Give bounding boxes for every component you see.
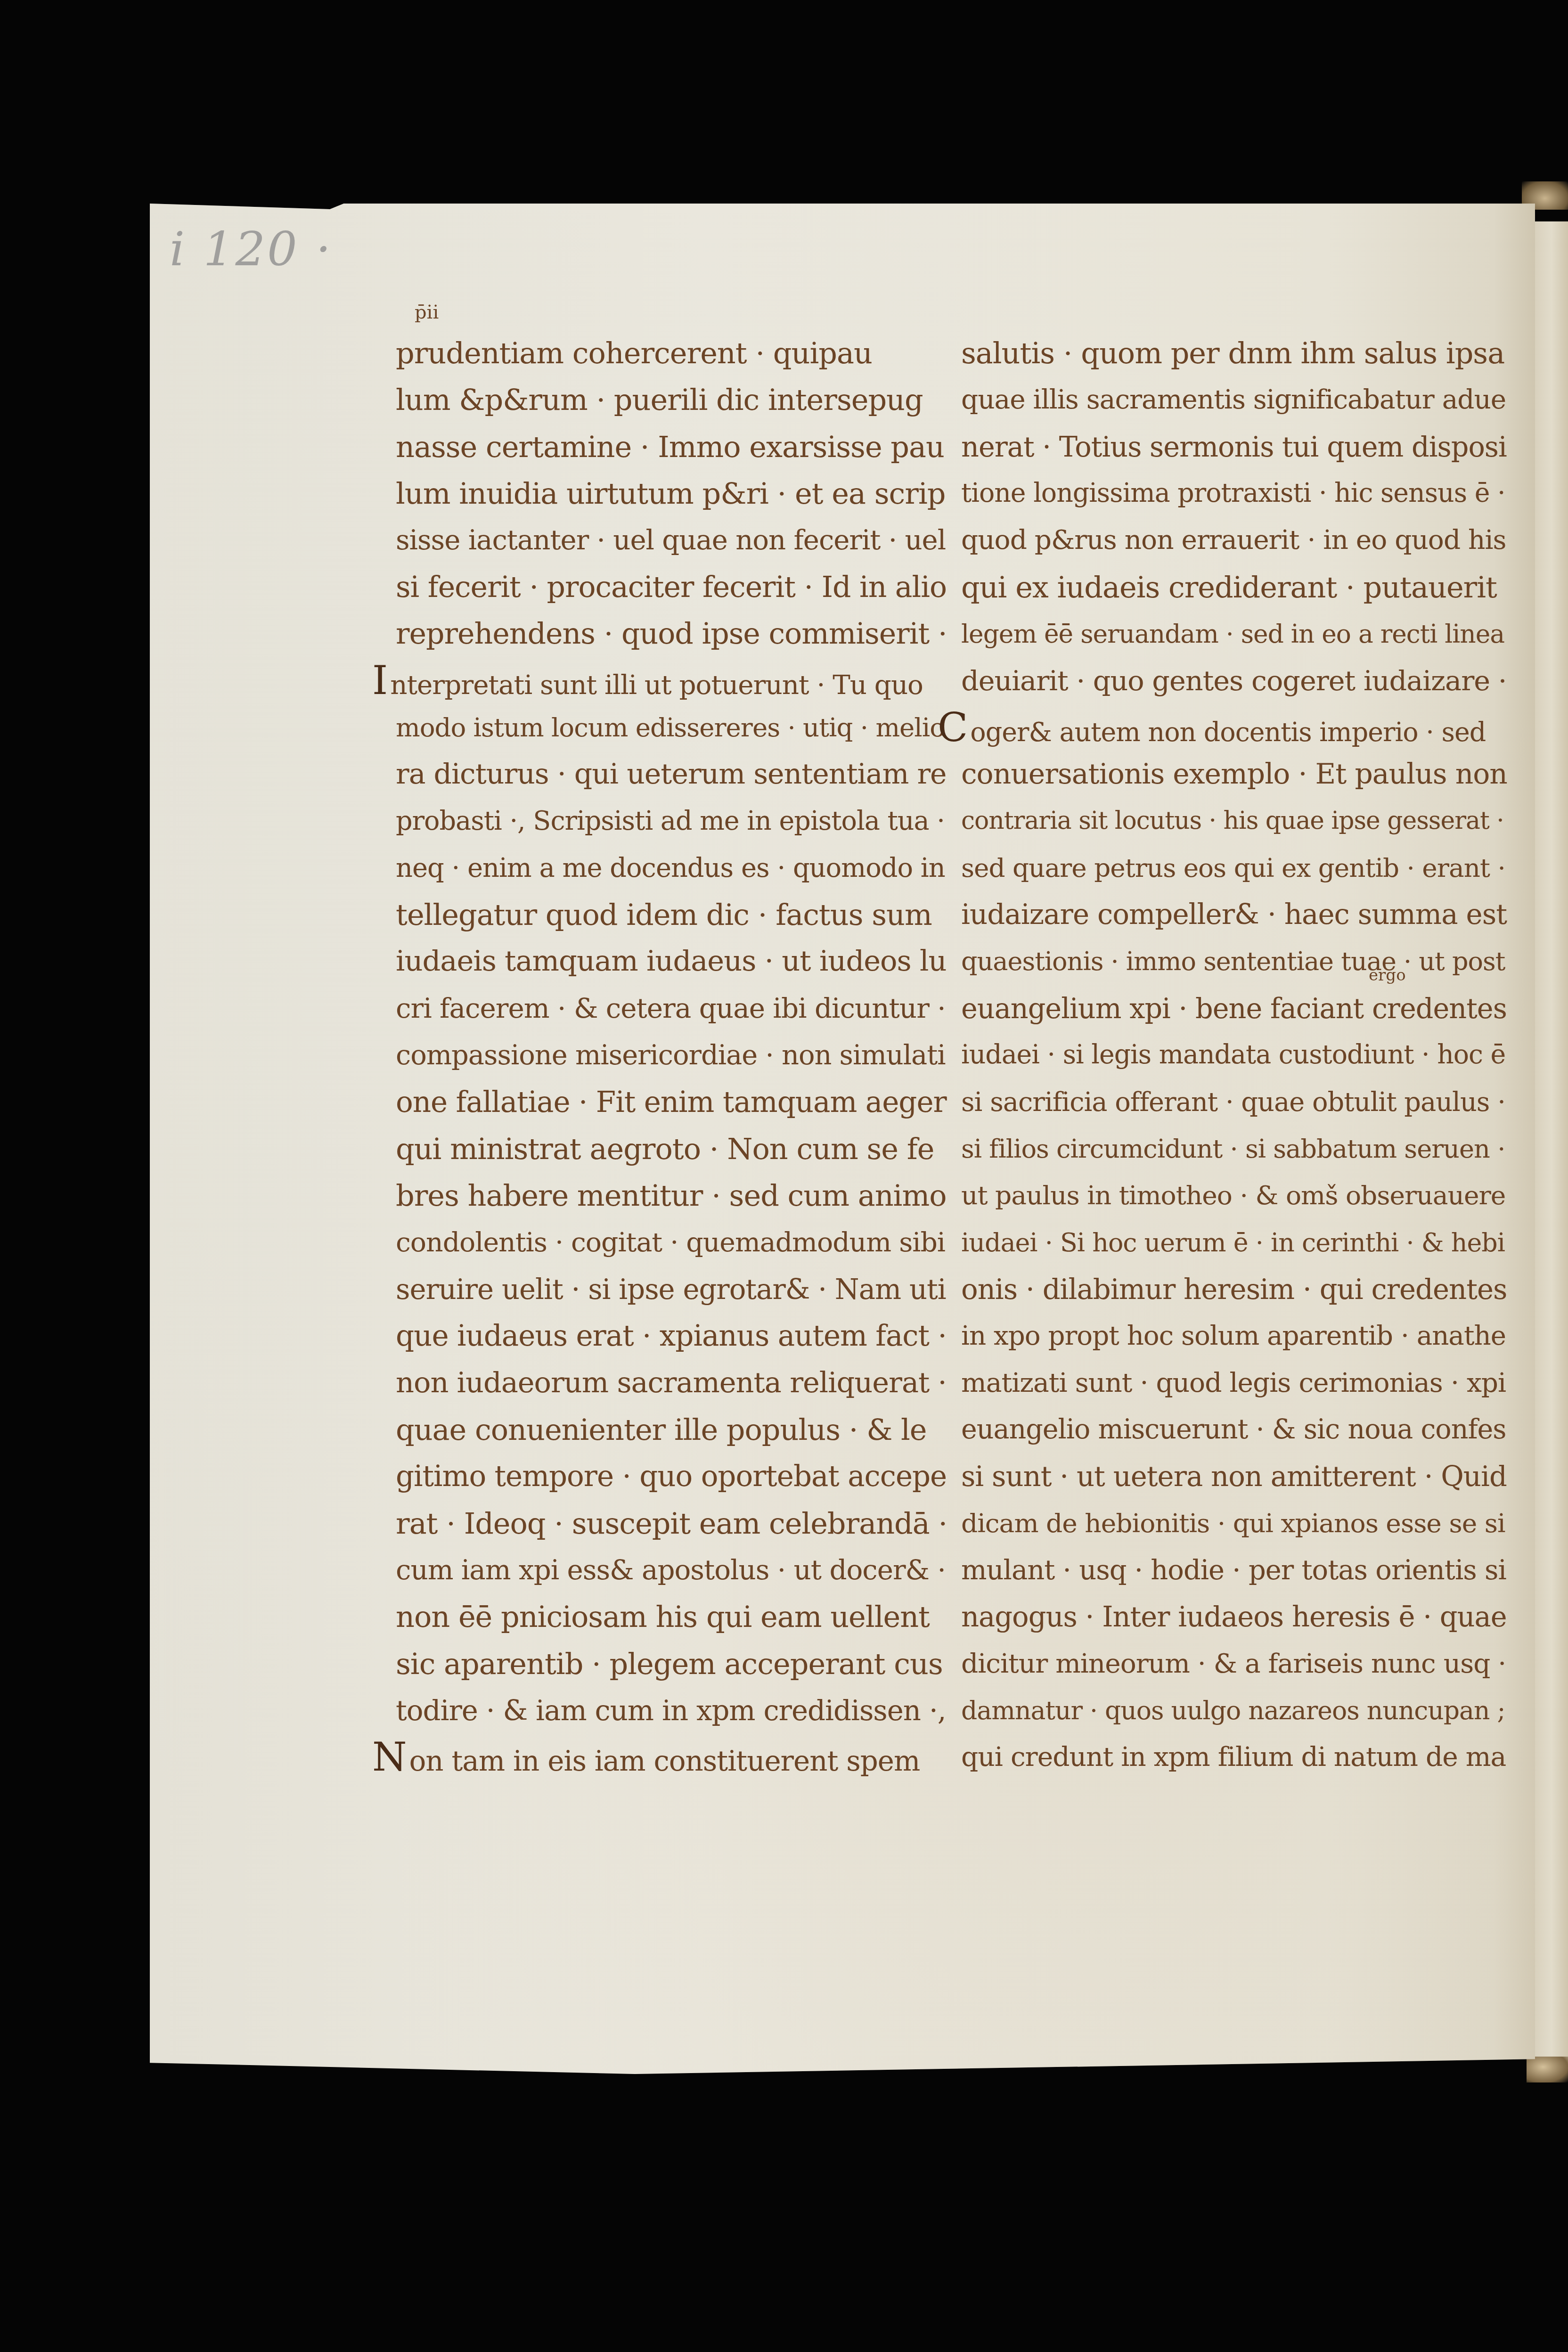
line-text: nerat · Totius sermonis tui quem disposi	[961, 431, 1507, 463]
line-text: dicam de hebionitis · qui xpianos esse s…	[961, 1508, 1505, 1538]
line-text: legem ēē seruandam · sed in eo a recti l…	[961, 619, 1504, 649]
line-text: rat · Ideoq · suscepit eam celebrandā ·	[396, 1506, 947, 1541]
line-text: condolentis · cogitat · quemadmodum sibi	[396, 1227, 945, 1258]
line-text: matizati sunt · quod legis cerimonias · …	[961, 1367, 1506, 1398]
line-text: quae illis sacramentis significabatur ad…	[961, 384, 1506, 415]
line-text: non ēē pniciosam his qui eam uellent	[396, 1600, 930, 1634]
manuscript-line: ut paulus in timotheo · & omš obseruauer…	[961, 1172, 1508, 1219]
line-text: on tam in eis iam constituerent spem	[409, 1745, 920, 1778]
manuscript-line: sisse iactanter · uel quae non fecerit ·…	[396, 517, 947, 563]
line-text: iudaei · si legis mandata custodiunt · h…	[961, 1040, 1505, 1070]
line-text: si fecerit · procaciter fecerit · Id in …	[396, 570, 947, 604]
line-text: si filios circumcidunt · si sabbatum ser…	[961, 1134, 1505, 1164]
line-text: contraria sit locutus · his quae ipse ge…	[961, 807, 1504, 835]
manuscript-line: contraria sit locutus · his quae ipse ge…	[961, 798, 1508, 844]
manuscript-line: sed quare petrus eos qui ex gentib · era…	[961, 845, 1508, 891]
line-text: in xpo propt hoc solum aparentib · anath…	[961, 1321, 1506, 1351]
line-text: oger& autem non docentis imperio · sed	[970, 718, 1486, 748]
line-text: quod p&rus non errauerit · in eo quod hi…	[961, 525, 1506, 555]
line-text: si sacrificia offerant · quae obtulit pa…	[961, 1087, 1505, 1118]
manuscript-line: cri facerem · & cetera quae ibi dicuntur…	[396, 985, 947, 1032]
manuscript-line: sic aparentib · plegem acceperant cus	[396, 1641, 947, 1687]
manuscript-line: lum inuidia uirtutum p&ri · et ea scrip	[396, 470, 947, 517]
line-text: sed quare petrus eos qui ex gentib · era…	[961, 853, 1505, 883]
manuscript-line: nagogus · Inter iudaeos heresis ē · quae	[961, 1593, 1508, 1640]
line-text: lum &p&rum · puerili dic intersepug	[396, 383, 923, 417]
manuscript-line: conuersationis exemplo · Et paulus non	[961, 751, 1508, 798]
line-text: mulant · usq · hodie · per totas orienti…	[961, 1554, 1506, 1586]
decorated-initial: C	[938, 704, 967, 751]
manuscript-line: iudaei · si legis mandata custodiunt · h…	[961, 1032, 1508, 1078]
line-text: que iudaeus erat · xpianus autem fact ·	[396, 1319, 947, 1353]
manuscript-line: quae illis sacramentis significabatur ad…	[961, 376, 1508, 423]
line-text: reprehendens · quod ipse commiserit ·	[396, 617, 947, 651]
line-text: qui credunt in xpm filium di natum de ma	[961, 1741, 1506, 1772]
line-text: one fallatiae · Fit enim tamquam aeger	[396, 1086, 947, 1119]
line-text: quaestionis · immo sententiae tuae · ut …	[961, 947, 1505, 976]
line-text: dicitur mineorum · & a fariseis nunc usq…	[961, 1649, 1506, 1679]
line-text: neq · enim a me docendus es · quomodo in	[396, 853, 945, 883]
manuscript-line: dicitur mineorum · & a fariseis nunc usq…	[961, 1641, 1508, 1687]
line-text: prudentiam cohercerent · quipau	[396, 336, 872, 370]
manuscript-line: iudaizare compeller& · haec summa est	[961, 891, 1508, 938]
line-text: damnatur · quos uulgo nazareos nuncupan …	[961, 1696, 1505, 1725]
line-text: euangelio miscuerunt · & sic noua confes	[961, 1414, 1506, 1445]
line-text: tellegatur quod idem dic · factus sum	[396, 898, 932, 932]
manuscript-line: deuiarit · quo gentes cogeret iudaizare …	[961, 657, 1508, 704]
manuscript-line: gitimo tempore · quo oportebat accepe	[396, 1453, 947, 1500]
manuscript-line: reprehendens · quod ipse commiserit ·	[396, 611, 947, 657]
line-text: euangelium xpi · bene faciant credentes	[961, 992, 1507, 1025]
manuscript-line: dicam de hebionitis · qui xpianos esse s…	[961, 1500, 1508, 1547]
manuscript-line: neq · enim a me docendus es · quomodo in	[396, 845, 947, 891]
line-text: seruire uelit · si ipse egrotar& · Nam u…	[396, 1273, 946, 1306]
manuscript-line: ra dicturus · qui ueterum sententiam re	[396, 751, 947, 798]
line-text: todire · & iam cum in xpm credidissen ·,	[396, 1694, 946, 1727]
text-column-right: salutis · quom per dnm ihm salus ipsaqua…	[961, 330, 1508, 1781]
manuscript-line: rat · Ideoq · suscepit eam celebrandā ·	[396, 1500, 947, 1547]
line-text: bres habere mentitur · sed cum animo	[396, 1178, 947, 1213]
manuscript-line: condolentis · cogitat · quemadmodum sibi	[396, 1219, 947, 1266]
line-text: cum iam xpi ess& apostolus · ut docer& ·	[396, 1554, 946, 1586]
manuscript-line: qui ministrat aegroto · Non cum se fe	[396, 1126, 947, 1172]
line-text: probasti ·, Scripsisti ad me in epistola…	[396, 806, 945, 836]
manuscript-line: si filios circumcidunt · si sabbatum ser…	[961, 1126, 1508, 1172]
manuscript-line: cum iam xpi ess& apostolus · ut docer& ·	[396, 1547, 947, 1593]
line-text: lum inuidia uirtutum p&ri · et ea scrip	[396, 476, 945, 511]
manuscript-line: euangelium xpi · bene faciant credentes	[961, 985, 1508, 1032]
manuscript-line: quae conuenienter ille populus · & le	[396, 1406, 947, 1453]
line-text: salutis · quom per dnm ihm salus ipsa	[961, 336, 1504, 370]
manuscript-line: compassione misericordiae · non simulati	[396, 1032, 947, 1078]
folio-number: i 120 ·	[170, 221, 333, 277]
manuscript-line: salutis · quom per dnm ihm salus ipsa	[961, 330, 1508, 376]
interlinear-gloss: ergo	[1369, 966, 1406, 985]
line-text: non iudaeorum sacramenta reliquerat ·	[396, 1366, 947, 1399]
manuscript-line: iudaei · Si hoc uerum ē · in cerinthi · …	[961, 1219, 1508, 1266]
line-text: si sunt · ut uetera non amitterent · Qui…	[961, 1460, 1507, 1493]
manuscript-line: Non tam in eis iam constituerent spem	[372, 1734, 947, 1780]
manuscript-line: todire · & iam cum in xpm credidissen ·,	[396, 1687, 947, 1734]
line-text: iudaei · Si hoc uerum ē · in cerinthi · …	[961, 1228, 1505, 1258]
manuscript-line: onis · dilabimur heresim · qui credentes	[961, 1266, 1508, 1313]
manuscript-line: qui credunt in xpm filium di natum de ma	[961, 1734, 1508, 1780]
manuscript-line: lum &p&rum · puerili dic intersepug	[396, 376, 947, 423]
line-text: ut paulus in timotheo · & omš obseruauer…	[961, 1180, 1505, 1210]
manuscript-line: Coger& autem non docentis imperio · sed	[938, 704, 1508, 751]
manuscript-line: legem ēē seruandam · sed in eo a recti l…	[961, 611, 1508, 657]
decorated-initial: N	[372, 1734, 407, 1780]
manuscript-line: quaestionis · immo sententiae tuae · ut …	[961, 938, 1508, 985]
manuscript-line: modo istum locum edissereres · utiq · me…	[396, 704, 947, 751]
line-text: compassione misericordiae · non simulati	[396, 1039, 946, 1071]
line-text: iudaeis tamquam iudaeus · ut iudeos lu	[396, 945, 946, 978]
line-text: nasse certamine · Immo exarsisse pau	[396, 430, 944, 464]
manuscript-line: iudaeis tamquam iudaeus · ut iudeos lu	[396, 938, 947, 985]
line-text: modo istum locum edissereres · utiq · me…	[396, 712, 945, 743]
manuscript-line: in xpo propt hoc solum aparentib · anath…	[961, 1313, 1508, 1359]
line-text: cri facerem · & cetera quae ibi dicuntur…	[396, 992, 946, 1024]
top-marginalia: p̄ii	[415, 302, 439, 323]
line-text: qui ex iudaeis crediderant · putauerit	[961, 570, 1497, 604]
manuscript-line: tellegatur quod idem dic · factus sum	[396, 891, 947, 938]
manuscript-line: euangelio miscuerunt · & sic noua confes	[961, 1406, 1508, 1453]
manuscript-line: mulant · usq · hodie · per totas orienti…	[961, 1547, 1508, 1593]
manuscript-line: prudentiam cohercerent · quipau	[396, 330, 947, 376]
line-text: quae conuenienter ille populus · & le	[396, 1413, 927, 1447]
manuscript-line: nerat · Totius sermonis tui quem disposi	[961, 424, 1508, 470]
decorated-initial: I	[372, 657, 387, 703]
line-text: onis · dilabimur heresim · qui credentes	[961, 1273, 1507, 1306]
line-text: deuiarit · quo gentes cogeret iudaizare …	[961, 664, 1506, 697]
manuscript-line: damnatur · quos uulgo nazareos nuncupan …	[961, 1687, 1508, 1734]
manuscript-line: probasti ·, Scripsisti ad me in epistola…	[396, 798, 947, 844]
manuscript-line: si sunt · ut uetera non amitterent · Qui…	[961, 1453, 1508, 1500]
manuscript-line: si sacrificia offerant · quae obtulit pa…	[961, 1079, 1508, 1126]
line-text: sic aparentib · plegem acceperant cus	[396, 1647, 943, 1681]
manuscript-line: non ēē pniciosam his qui eam uellent	[396, 1593, 947, 1640]
manuscript-line: que iudaeus erat · xpianus autem fact ·	[396, 1313, 947, 1359]
line-text: sisse iactanter · uel quae non fecerit ·…	[396, 524, 946, 556]
line-text: gitimo tempore · quo oportebat accepe	[396, 1460, 947, 1493]
binding-thread-bottom	[1527, 2057, 1568, 2082]
line-text: iudaizare compeller& · haec summa est	[961, 898, 1507, 931]
manuscript-line: non iudaeorum sacramenta reliquerat ·	[396, 1360, 947, 1406]
line-text: tione longissima protraxisti · hic sensu…	[961, 478, 1505, 508]
manuscript-line: si fecerit · procaciter fecerit · Id in …	[396, 564, 947, 611]
manuscript-line: bres habere mentitur · sed cum animo	[396, 1172, 947, 1219]
line-text: ra dicturus · qui ueterum sententiam re	[396, 758, 947, 791]
manuscript-line: nasse certamine · Immo exarsisse pau	[396, 424, 947, 470]
manuscript-line: one fallatiae · Fit enim tamquam aeger	[396, 1079, 947, 1126]
manuscript-line: matizati sunt · quod legis cerimonias · …	[961, 1360, 1508, 1406]
line-text: qui ministrat aegroto · Non cum se fe	[396, 1132, 934, 1166]
manuscript-line: seruire uelit · si ipse egrotar& · Nam u…	[396, 1266, 947, 1313]
manuscript-line: qui ex iudaeis crediderant · putauerit	[961, 564, 1508, 611]
manuscript-line: tione longissima protraxisti · hic sensu…	[961, 470, 1508, 517]
line-text: conuersationis exemplo · Et paulus non	[961, 758, 1507, 791]
manuscript-line: quod p&rus non errauerit · in eo quod hi…	[961, 517, 1508, 563]
text-column-left: prudentiam cohercerent · quipaulum &p&ru…	[396, 330, 947, 1781]
manuscript-line: Interpretati sunt illi ut potuerunt · Tu…	[372, 657, 947, 704]
line-text: nagogus · Inter iudaeos heresis ē · quae	[961, 1601, 1507, 1633]
line-text: nterpretati sunt illi ut potuerunt · Tu …	[390, 670, 923, 701]
